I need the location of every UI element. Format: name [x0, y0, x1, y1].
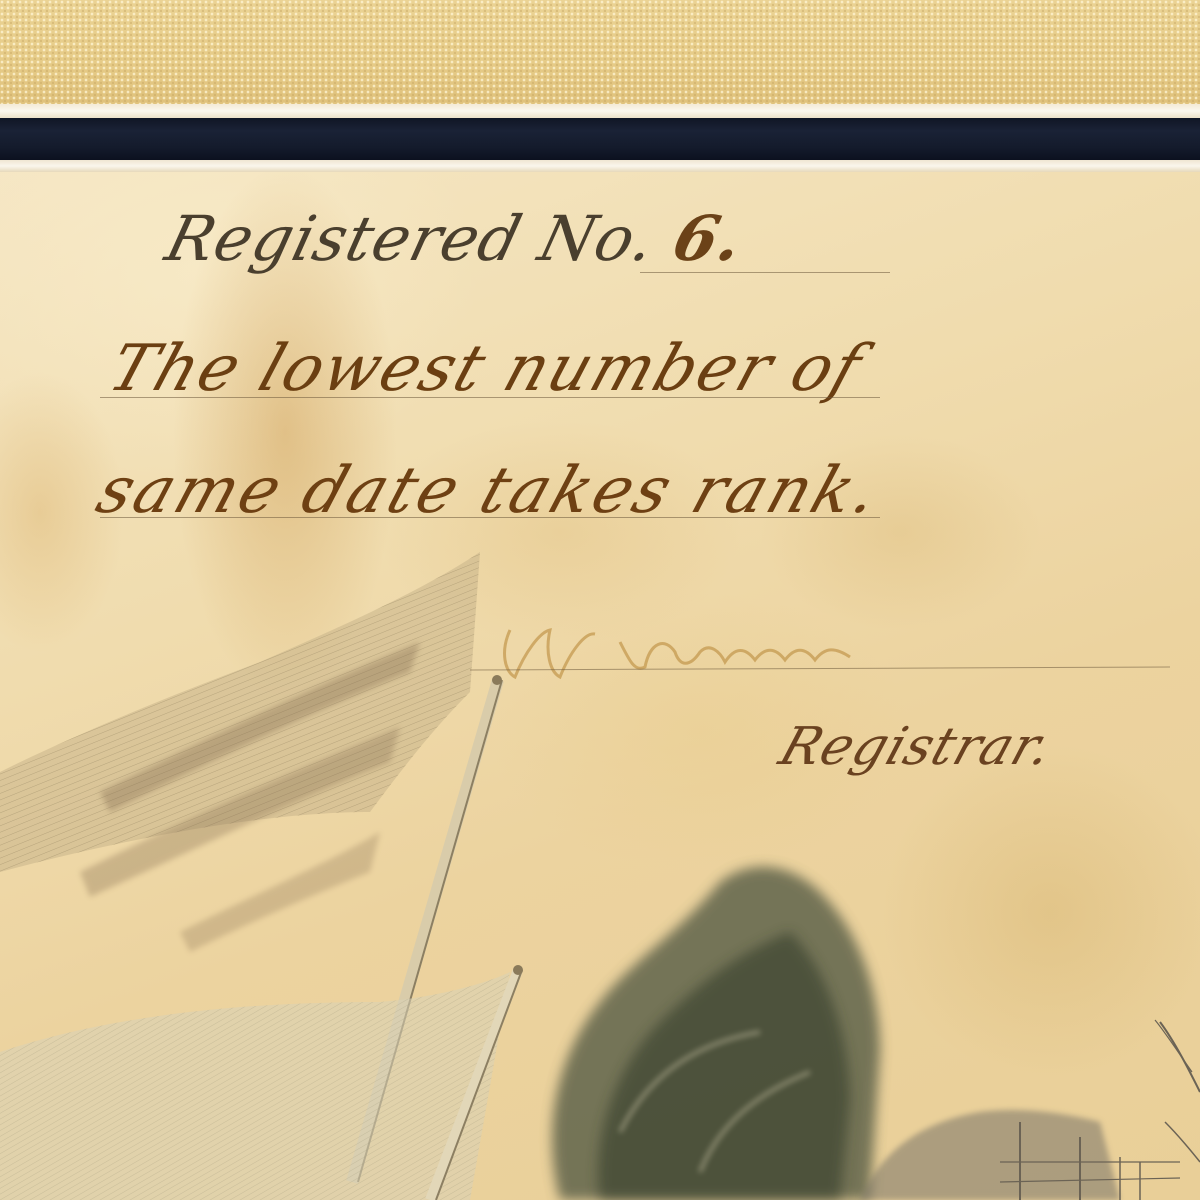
registry-label: Registered No. — [159, 202, 663, 275]
gold-mat — [0, 0, 1200, 106]
flag-upper-icon — [0, 552, 480, 952]
mat-lower-edge — [0, 160, 1200, 172]
ship-icon — [860, 1110, 1180, 1200]
rule-line-3 — [100, 517, 880, 518]
parchment-document: Registered No. 6. The lowest number of s… — [0, 172, 1200, 1200]
registrar-title: Registrar. — [772, 717, 1060, 777]
engraved-flourish-right — [1155, 1020, 1200, 1162]
smoke-cloud — [552, 867, 880, 1200]
registry-number-line: Registered No. 6. — [159, 202, 751, 275]
frame-band — [0, 118, 1200, 160]
flag-lower-icon — [0, 972, 510, 1200]
mat-inner-edge — [0, 104, 1200, 118]
rule-line-2 — [100, 397, 880, 398]
registrar-signature — [470, 622, 1170, 682]
rank-note-line-1: The lowest number of — [100, 332, 872, 406]
rule-line-1 — [640, 272, 890, 273]
framed-document-photo: Registered No. 6. The lowest number of s… — [0, 0, 1200, 1200]
engraved-vignette — [0, 172, 1200, 1200]
